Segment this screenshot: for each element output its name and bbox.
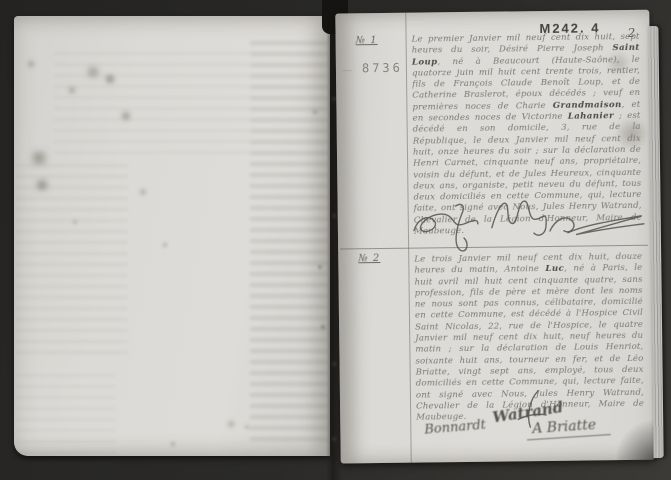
binding-stitch [331,435,338,443]
act-name-highlight: Grandmaison [553,100,622,111]
signature-flourish [487,193,552,242]
page-corner-shadow [616,416,657,462]
act-separator-line [340,245,648,250]
margin-rule [405,13,411,463]
act-text-segment: Le premier Janvier mil neuf cent dix hui… [412,32,640,56]
showthrough-smudge [16,156,128,356]
register-scan: M242. 4 2 № 1 — 8736 Le premier Janvier … [0,0,671,480]
act-2-margin-number: № 2 [358,253,380,264]
signature-briatte: A Briatte [526,416,611,440]
margin-dash: — [342,65,352,76]
act-name-highlight: Lahanier [568,111,614,122]
signature-flourish [546,206,646,241]
showthrough-smudge [54,44,249,154]
collection-number-stamp: 8736 [362,61,403,75]
binding-stitch [331,360,338,368]
act-1-margin-number: № 1 [356,35,378,46]
foxing-spots [14,16,16,18]
showthrough-smudge [16,366,116,466]
act-name-highlight: Luc [545,264,564,274]
left-page [14,16,330,456]
right-page: M242. 4 2 № 1 — 8736 Le premier Janvier … [335,10,654,464]
showthrough-smudge [250,34,328,444]
signature-flourish [412,200,483,253]
